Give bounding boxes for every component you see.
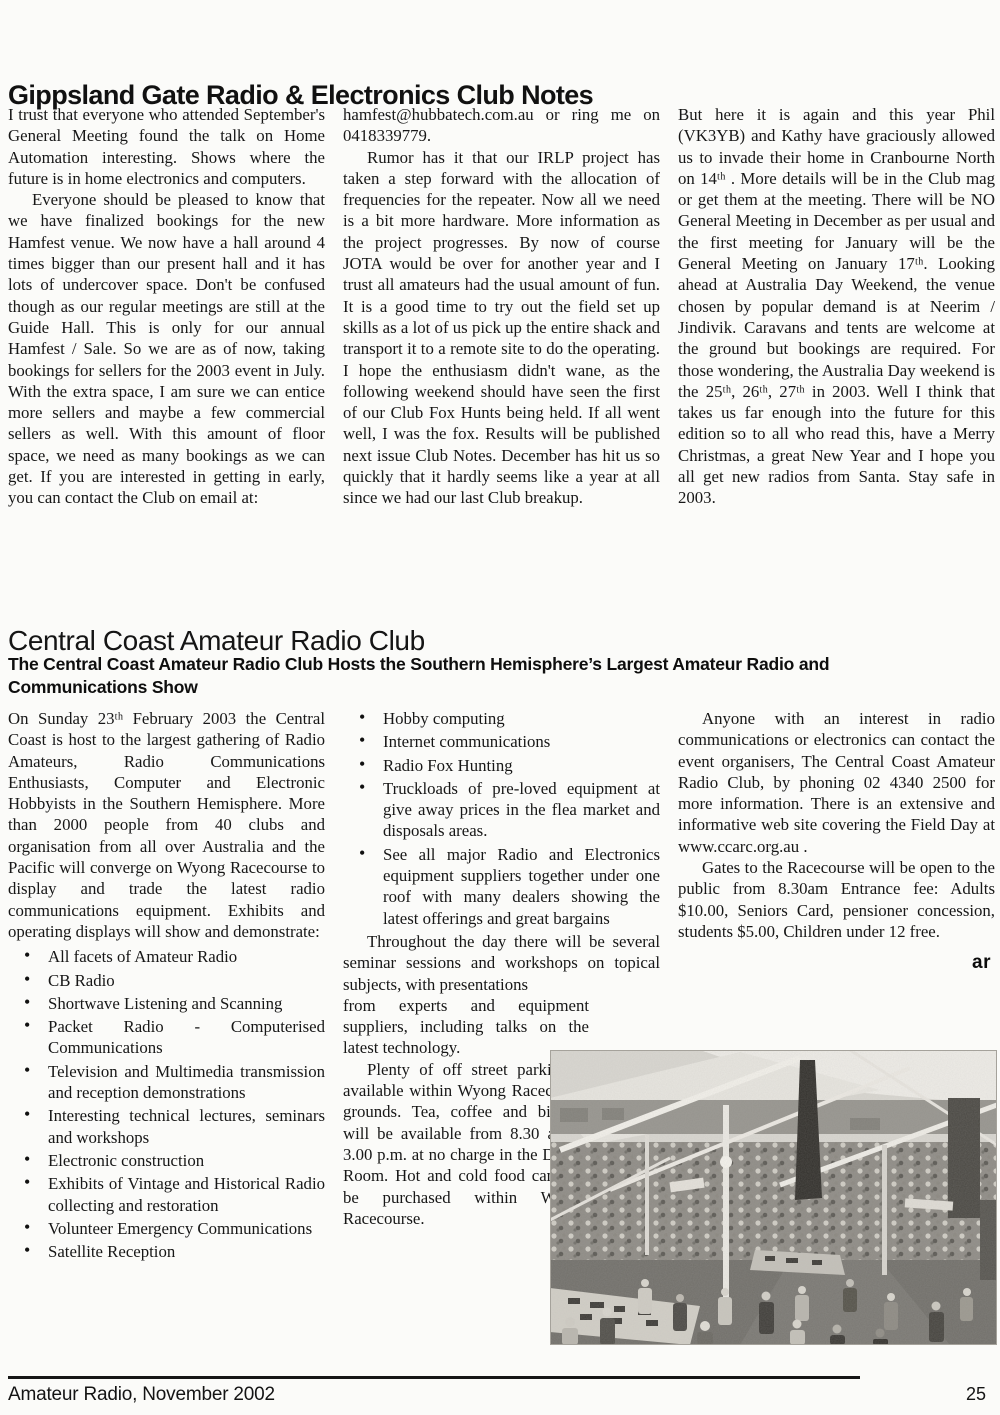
list-item: Internet communications — [343, 731, 660, 752]
article1-column-2: hamfest@hubbatech.com.au or ring me on 0… — [343, 104, 660, 509]
list-item: Exhibits of Vintage and Historical Radio… — [8, 1173, 325, 1216]
article2-subtitle: The Central Coast Amateur Radio Club Hos… — [8, 653, 968, 699]
paragraph: But here it is again and this year Phil … — [678, 104, 995, 509]
list-item: Satellite Reception — [8, 1241, 325, 1262]
paragraph: Rumor has it that our IRLP project has t… — [343, 147, 660, 509]
article1-columns: I trust that everyone who attended Septe… — [8, 104, 995, 509]
list-item: Packet Radio - Computerised Communicatio… — [8, 1016, 325, 1059]
paragraph: hamfest@hubbatech.com.au or ring me on 0… — [343, 104, 660, 147]
paragraph: Everyone should be pleased to know that … — [8, 189, 325, 508]
footer-divider — [8, 1376, 860, 1379]
list-item: CB Radio — [8, 970, 325, 991]
end-of-article-marker: ar — [678, 952, 995, 973]
list-item: Radio Fox Hunting — [343, 755, 660, 776]
paragraph: Gates to the Racecourse will be open to … — [678, 857, 995, 942]
footer-page-number: 25 — [966, 1384, 986, 1405]
article2-subtitle-line2: Communications Show — [8, 676, 968, 699]
list-item: Hobby computing — [343, 708, 660, 729]
list-item: Volunteer Emergency Communications — [8, 1218, 325, 1239]
magazine-page: Gippsland Gate Radio & Electronics Club … — [0, 0, 1000, 1415]
list-item: Truckloads of pre-loved equipment at giv… — [343, 778, 660, 842]
list-item: All facets of Amateur Radio — [8, 946, 325, 967]
paragraph: Anyone with an interest in radio communi… — [678, 708, 995, 857]
exhibits-bullet-list: All facets of Amateur Radio CB Radio Sho… — [8, 946, 325, 1262]
footer-journal-title: Amateur Radio, November 2002 — [8, 1384, 275, 1406]
article1-column-1: I trust that everyone who attended Septe… — [8, 104, 325, 509]
article2-title: Central Coast Amateur Radio Club — [8, 625, 425, 657]
paragraph: I trust that everyone who attended Septe… — [8, 104, 325, 189]
field-day-crowd-photo — [550, 1050, 997, 1345]
list-item: Interesting technical lectures, seminars… — [8, 1105, 325, 1148]
list-item: Television and Multimedia transmission a… — [8, 1061, 325, 1104]
list-item: See all major Radio and Electronics equi… — [343, 844, 660, 929]
list-item: Shortwave Listening and Scanning — [8, 993, 325, 1014]
exhibits-bullet-list-2: Hobby computing Internet communications … — [343, 708, 660, 929]
field-day-crowd-photo-graphic — [550, 1050, 997, 1345]
paragraph: Throughout the day there will be several… — [343, 931, 660, 995]
article2-subtitle-line1: The Central Coast Amateur Radio Club Hos… — [8, 653, 968, 676]
article2-column-1: On Sunday 23ᵗʰ February 2003 the Central… — [8, 708, 325, 1264]
article1-column-3: But here it is again and this year Phil … — [678, 104, 995, 509]
list-item: Electronic construction — [8, 1150, 325, 1171]
paragraph: On Sunday 23ᵗʰ February 2003 the Central… — [8, 708, 325, 942]
